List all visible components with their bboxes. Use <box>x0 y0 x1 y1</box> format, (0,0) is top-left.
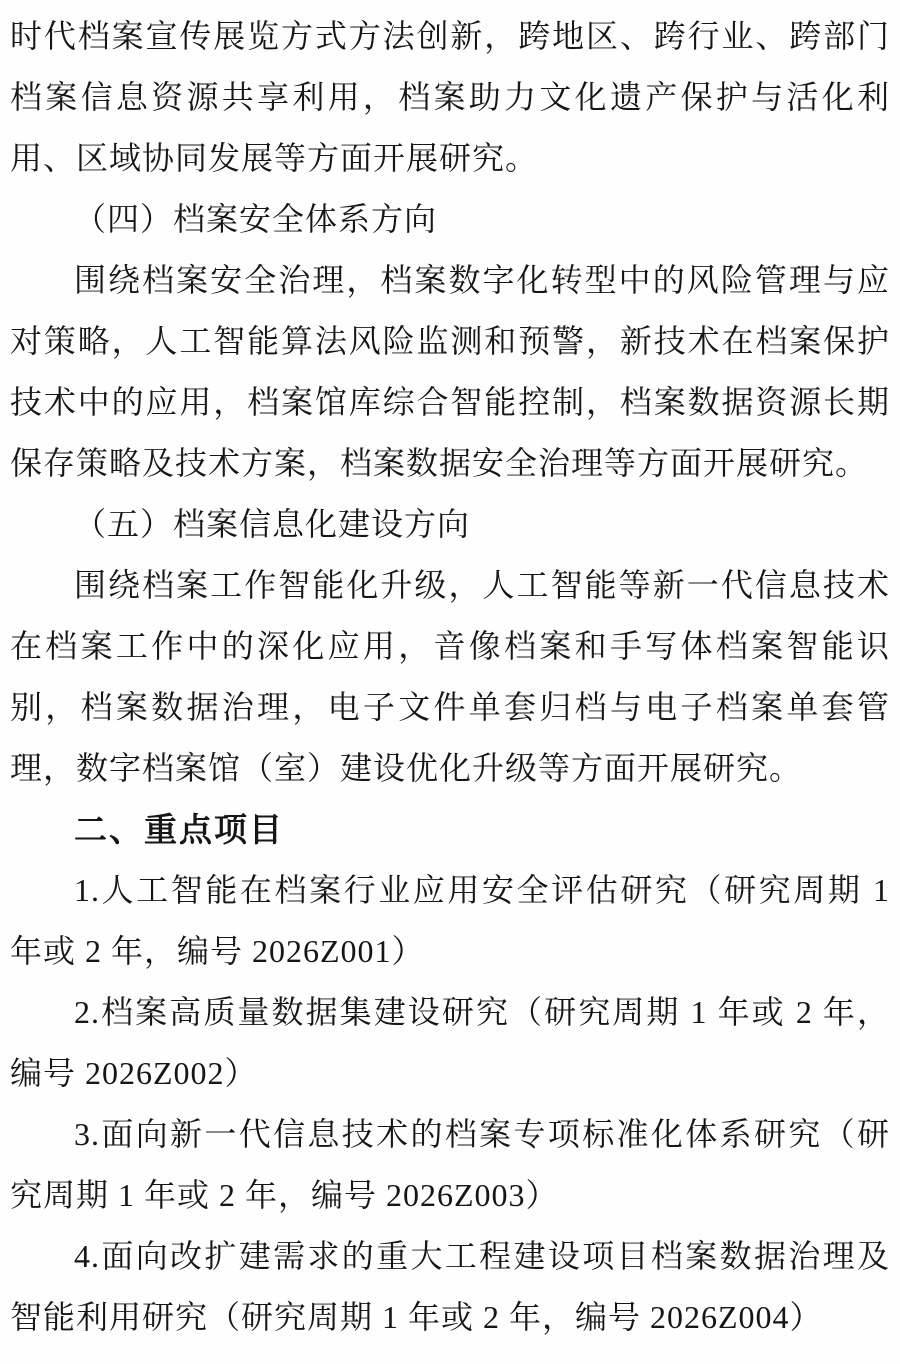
list-item-project-4: 4.面向改扩建需求的重大工程建设项目档案数据治理及智能利用研究（研究周期 1 年… <box>10 1226 890 1348</box>
list-item-project-2: 2.档案高质量数据集建设研究（研究周期 1 年或 2 年，编号 2026Z002… <box>10 982 890 1104</box>
document-page: 时代档案宣传展览方式方法创新，跨地区、跨行业、跨部门档案信息资源共享利用，档案助… <box>0 0 900 1364</box>
subsection-heading-archive-informatization: （五）档案信息化建设方向 <box>10 494 890 555</box>
subsection-heading-archive-security: （四）档案安全体系方向 <box>10 189 890 250</box>
section-heading-key-projects: 二、重点项目 <box>10 799 890 860</box>
paragraph-continuation: 时代档案宣传展览方式方法创新，跨地区、跨行业、跨部门档案信息资源共享利用，档案助… <box>10 6 890 189</box>
paragraph-archive-security-body: 围绕档案安全治理，档案数字化转型中的风险管理与应对策略，人工智能算法风险监测和预… <box>10 250 890 494</box>
list-item-project-1: 1.人工智能在档案行业应用安全评估研究（研究周期 1 年或 2 年，编号 202… <box>10 860 890 982</box>
list-item-project-3: 3.面向新一代信息技术的档案专项标准化体系研究（研究周期 1 年或 2 年，编号… <box>10 1104 890 1226</box>
paragraph-archive-informatization-body: 围绕档案工作智能化升级，人工智能等新一代信息技术在档案工作中的深化应用，音像档案… <box>10 555 890 799</box>
